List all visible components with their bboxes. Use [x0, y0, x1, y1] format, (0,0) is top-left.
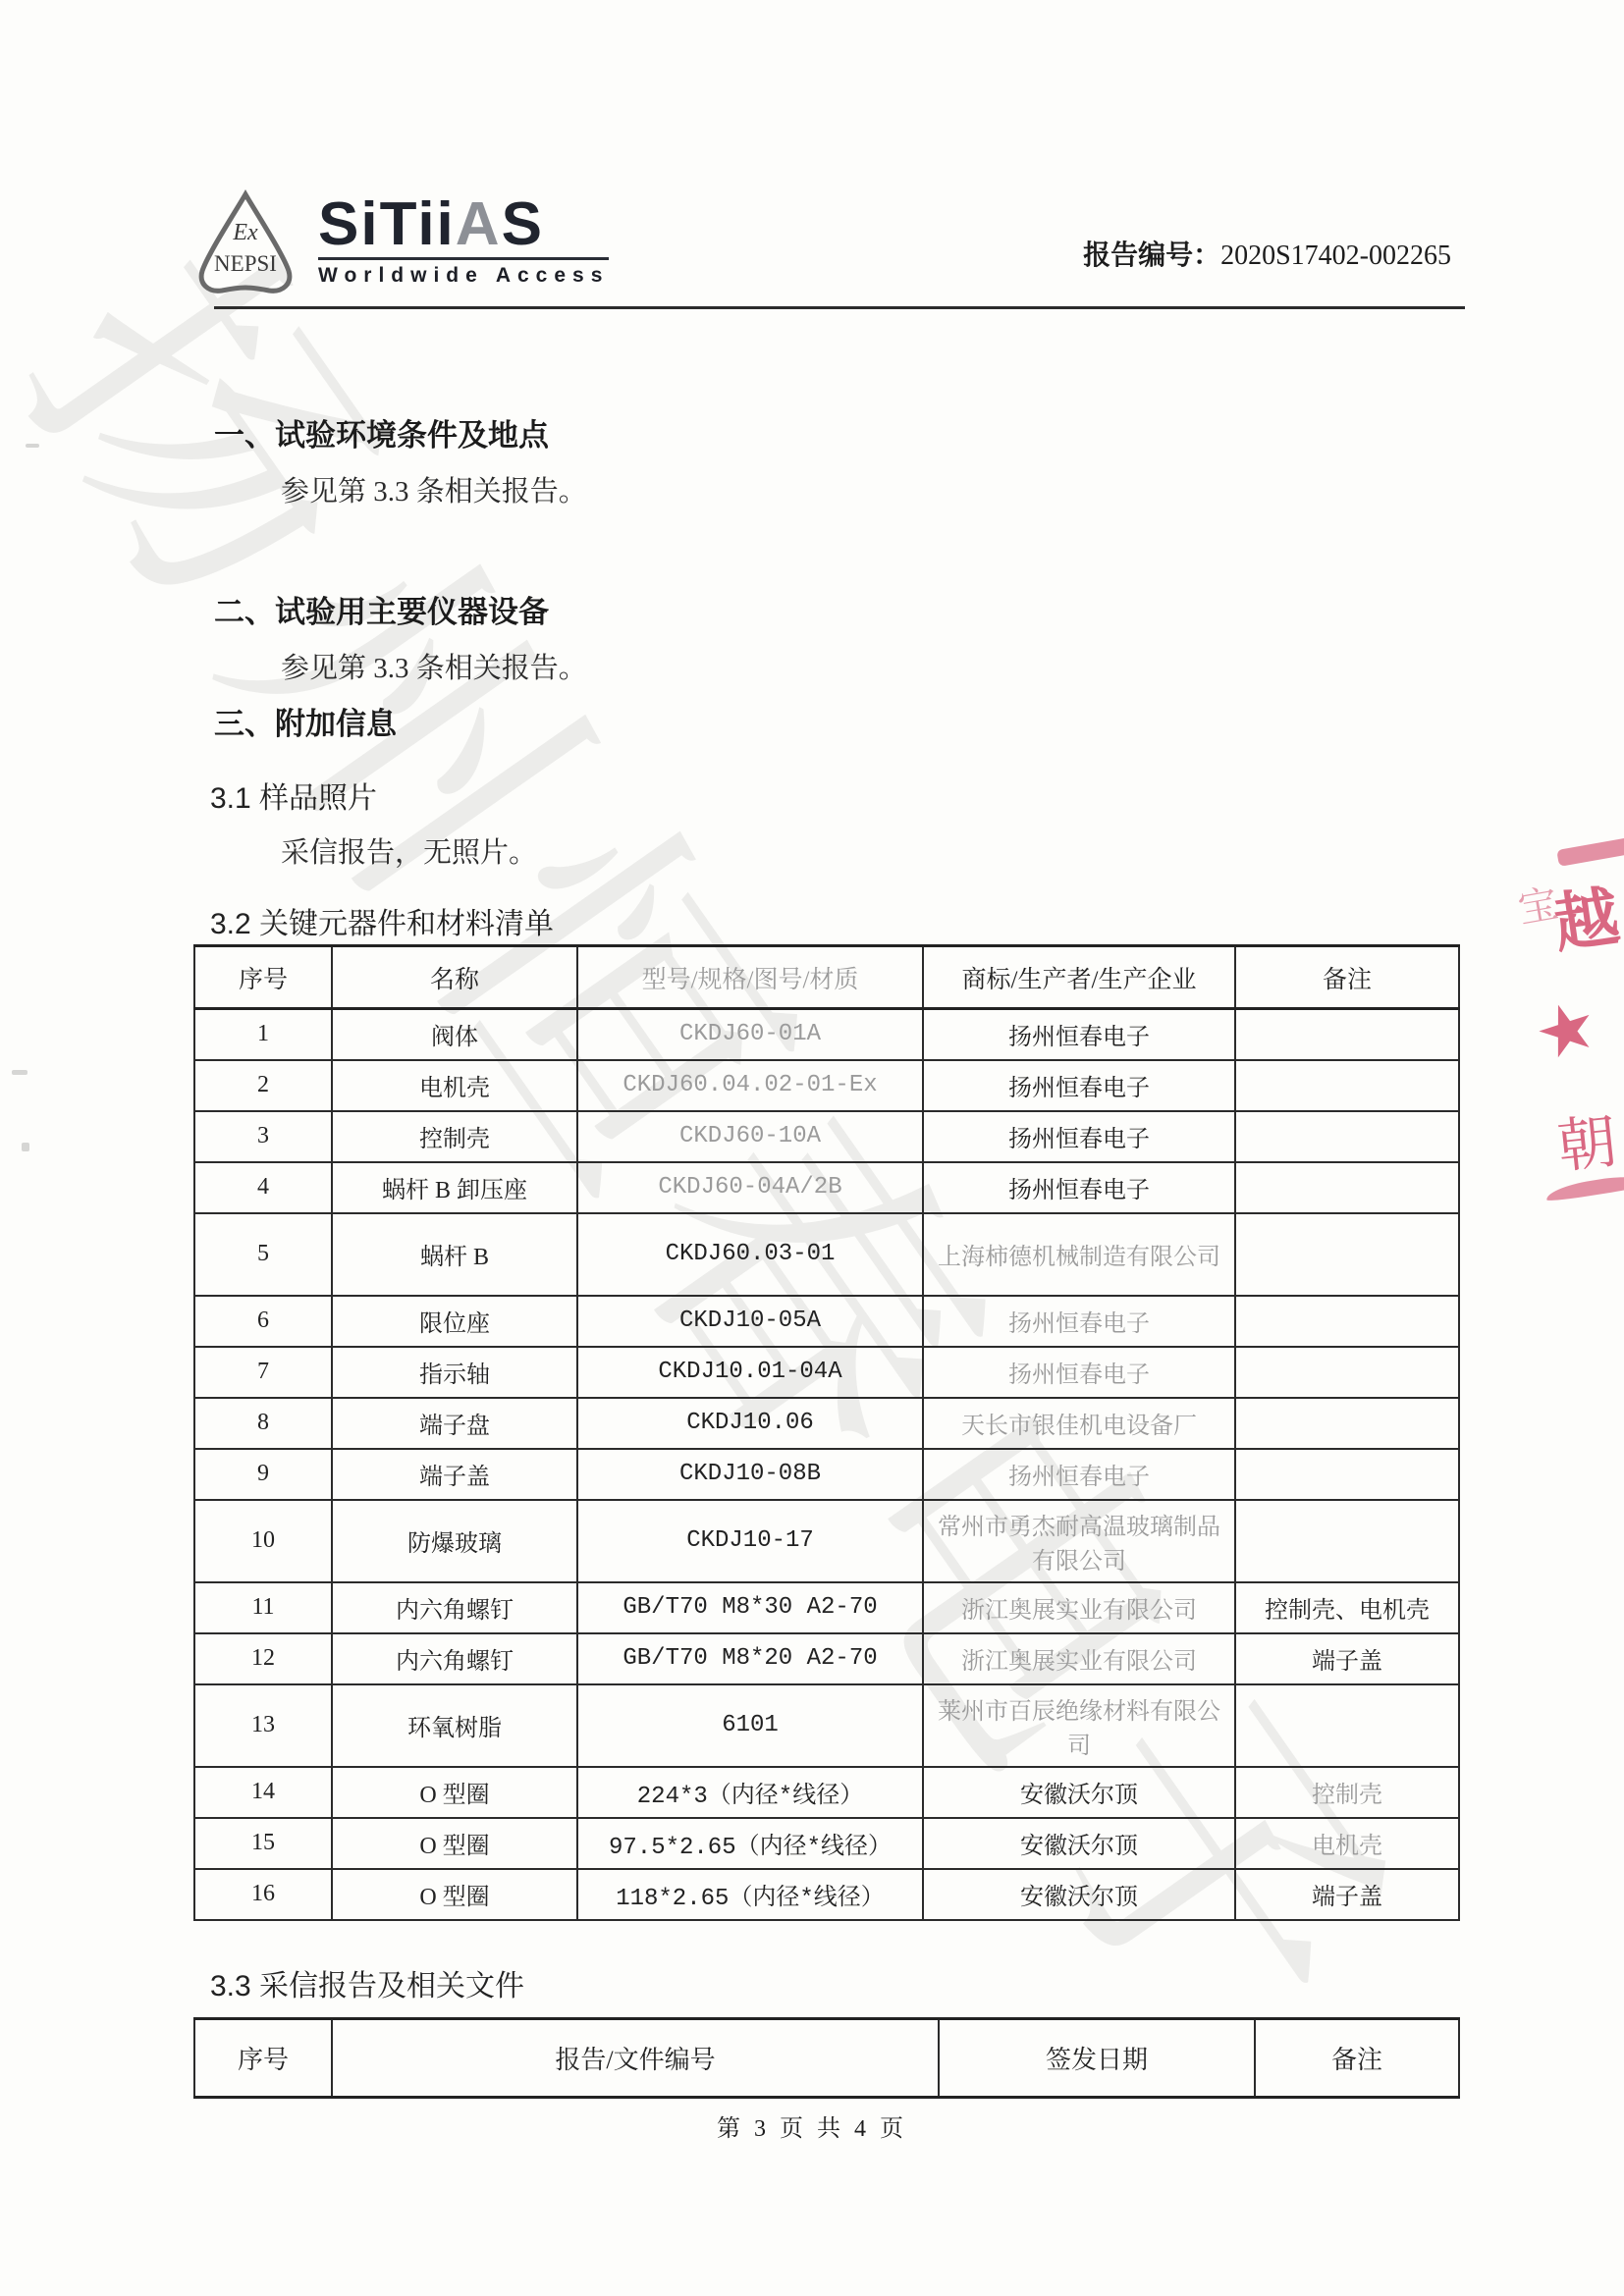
section-3-2-title: 3.2 关键元器件和材料清单 — [210, 899, 554, 942]
section-2-title: 二、试验用主要仪器设备 — [214, 587, 549, 631]
cell-note — [1235, 1111, 1459, 1162]
cell-maker: 安徽沃尔顶 — [923, 1767, 1235, 1818]
scan-mark — [26, 444, 39, 448]
cell-note — [1235, 1009, 1459, 1060]
section-3-1-title: 3.1 样品照片 — [210, 774, 377, 817]
cell-model: CKDJ10.01-04A — [577, 1347, 923, 1398]
reports-header-row: 序号报告/文件编号签发日期备注 — [194, 2019, 1459, 2098]
components-table-header: 序号名称型号/规格/图号/材质商标/生产者/生产企业备注 — [194, 946, 1459, 1009]
reports-col-header: 报告/文件编号 — [332, 2019, 939, 2098]
cell-model: CKDJ60-10A — [577, 1111, 923, 1162]
header-divider — [214, 306, 1465, 309]
brand-logotype: SiTiiAS — [318, 194, 609, 255]
header-logo: Ex NEPSI SiTiiAS Worldwide Access — [192, 187, 801, 294]
cell-note — [1235, 1398, 1459, 1449]
cell-maker: 莱州市百辰绝缘材料有限公司 — [923, 1684, 1235, 1767]
section-3-title: 三、附加信息 — [214, 699, 397, 743]
cell-name: 阀体 — [332, 1009, 577, 1060]
section-3-3-title: 3.3 采信报告及相关文件 — [210, 1961, 524, 2004]
brand-tagline: Worldwide Access — [318, 257, 609, 288]
cell-note — [1235, 1500, 1459, 1582]
cell-maker: 安徽沃尔顶 — [923, 1818, 1235, 1869]
cell-name: 蜗杆 B 卸压座 — [332, 1162, 577, 1213]
cell-model: 224*3（内径*线径） — [577, 1767, 923, 1818]
cell-model: CKDJ10-08B — [577, 1449, 923, 1500]
components-table-row: 10防爆玻璃CKDJ10-17常州市勇杰耐高温玻璃制品有限公司 — [194, 1500, 1459, 1582]
cell-name: 指示轴 — [332, 1347, 577, 1398]
components-header-row: 序号名称型号/规格/图号/材质商标/生产者/生产企业备注 — [194, 946, 1459, 1009]
components-table-row: 12内六角螺钉GB/T70 M8*20 A2-70浙江奥展实业有限公司端子盖 — [194, 1633, 1459, 1684]
cell-maker: 扬州恒春电子 — [923, 1111, 1235, 1162]
cell-model: 6101 — [577, 1684, 923, 1767]
cell-name: 环氧树脂 — [332, 1684, 577, 1767]
components-table-row: 13环氧树脂6101莱州市百辰绝缘材料有限公司 — [194, 1684, 1459, 1767]
cell-model: CKDJ10-17 — [577, 1500, 923, 1582]
cell-maker: 扬州恒春电子 — [923, 1449, 1235, 1500]
components-col-header: 备注 — [1235, 946, 1459, 1009]
cell-no: 1 — [194, 1009, 332, 1060]
cell-model: CKDJ60.03-01 — [577, 1213, 923, 1296]
components-table-row: 1阀体CKDJ60-01A扬州恒春电子 — [194, 1009, 1459, 1060]
components-table-row: 6限位座CKDJ10-05A扬州恒春电子 — [194, 1296, 1459, 1347]
cell-name: 蜗杆 B — [332, 1213, 577, 1296]
cell-name: 电机壳 — [332, 1060, 577, 1111]
nepsi-ex-triangle-icon: Ex NEPSI — [192, 188, 298, 298]
scan-mark — [12, 1070, 27, 1075]
cell-name: O 型圈 — [332, 1767, 577, 1818]
cell-no: 10 — [194, 1500, 332, 1582]
components-table-body: 1阀体CKDJ60-01A扬州恒春电子2电机壳CKDJ60.04.02-01-E… — [194, 1009, 1459, 1920]
components-col-header: 商标/生产者/生产企业 — [923, 946, 1235, 1009]
cell-model: CKDJ10-05A — [577, 1296, 923, 1347]
cell-no: 12 — [194, 1633, 332, 1684]
cell-maker: 浙江奥展实业有限公司 — [923, 1633, 1235, 1684]
cell-name: 内六角螺钉 — [332, 1582, 577, 1633]
cell-name: O 型圈 — [332, 1818, 577, 1869]
stamp-glyph-top: 越 — [1547, 864, 1624, 965]
section-3-1-body: 采信报告，无照片。 — [281, 830, 537, 871]
components-table-row: 3控制壳CKDJ60-10A扬州恒春电子 — [194, 1111, 1459, 1162]
components-col-header: 序号 — [194, 946, 332, 1009]
cell-note: 端子盖 — [1235, 1633, 1459, 1684]
cell-note: 电机壳 — [1235, 1818, 1459, 1869]
cell-no: 2 — [194, 1060, 332, 1111]
cell-maker: 天长市银佳机电设备厂 — [923, 1398, 1235, 1449]
components-table-row: 11内六角螺钉GB/T70 M8*30 A2-70浙江奥展实业有限公司控制壳、电… — [194, 1582, 1459, 1633]
cell-maker: 浙江奥展实业有限公司 — [923, 1582, 1235, 1633]
components-col-header: 名称 — [332, 946, 577, 1009]
cell-note: 端子盖 — [1235, 1869, 1459, 1920]
cell-no: 15 — [194, 1818, 332, 1869]
cell-note — [1235, 1296, 1459, 1347]
cell-no: 11 — [194, 1582, 332, 1633]
cell-no: 9 — [194, 1449, 332, 1500]
scan-mark — [22, 1143, 29, 1151]
section-1-body: 参见第 3.3 条相关报告。 — [281, 469, 587, 509]
cell-no: 5 — [194, 1213, 332, 1296]
reports-col-header: 序号 — [194, 2019, 332, 2098]
cell-no: 7 — [194, 1347, 332, 1398]
cell-model: GB/T70 M8*30 A2-70 — [577, 1582, 923, 1633]
reports-col-header: 备注 — [1255, 2019, 1459, 2098]
components-table-row: 16O 型圈118*2.65（内径*线径）安徽沃尔顶端子盖 — [194, 1869, 1459, 1920]
reports-table-header: 序号报告/文件编号签发日期备注 — [194, 2019, 1459, 2098]
cell-name: 限位座 — [332, 1296, 577, 1347]
cell-name: 端子盖 — [332, 1449, 577, 1500]
cell-model: GB/T70 M8*20 A2-70 — [577, 1633, 923, 1684]
components-table-row: 4蜗杆 B 卸压座CKDJ60-04A/2B扬州恒春电子 — [194, 1162, 1459, 1213]
cell-name: 控制壳 — [332, 1111, 577, 1162]
cell-model: 118*2.65（内径*线径） — [577, 1869, 923, 1920]
cell-no: 14 — [194, 1767, 332, 1818]
stamp-star-icon: ★ — [1525, 982, 1608, 1078]
report-number-value: 2020S17402-002265 — [1220, 240, 1451, 271]
cell-note — [1235, 1213, 1459, 1296]
section-1-title: 一、试验环境条件及地点 — [214, 410, 549, 454]
cell-maker: 安徽沃尔顶 — [923, 1869, 1235, 1920]
cell-maker: 扬州恒春电子 — [923, 1060, 1235, 1111]
cell-name: 端子盘 — [332, 1398, 577, 1449]
stamp-top-band — [1556, 834, 1624, 867]
reports-table: 序号报告/文件编号签发日期备注 — [193, 2017, 1460, 2099]
red-stamp: 宝 越 ★ 朝 — [1510, 834, 1624, 1207]
cell-note: 控制壳 — [1235, 1767, 1459, 1818]
components-table-row: 14O 型圈224*3（内径*线径）安徽沃尔顶控制壳 — [194, 1767, 1459, 1818]
logo-nepsi-text: NEPSI — [214, 251, 277, 276]
cell-model: CKDJ60-01A — [577, 1009, 923, 1060]
cell-note — [1235, 1162, 1459, 1213]
cell-name: 防爆玻璃 — [332, 1500, 577, 1582]
cell-no: 16 — [194, 1869, 332, 1920]
cell-no: 8 — [194, 1398, 332, 1449]
cell-no: 3 — [194, 1111, 332, 1162]
cell-maker: 上海柿德机械制造有限公司 — [923, 1213, 1235, 1296]
components-table: 序号名称型号/规格/图号/材质商标/生产者/生产企业备注 1阀体CKDJ60-0… — [193, 944, 1460, 1921]
report-number-label: 报告编号： — [1083, 240, 1220, 271]
report-number: 报告编号：2020S17402-002265 — [1083, 234, 1451, 273]
components-table-row: 8端子盘CKDJ10.06天长市银佳机电设备厂 — [194, 1398, 1459, 1449]
cell-maker: 扬州恒春电子 — [923, 1162, 1235, 1213]
components-table-row: 15O 型圈97.5*2.65（内径*线径）安徽沃尔顶电机壳 — [194, 1818, 1459, 1869]
components-table-row: 9端子盖CKDJ10-08B扬州恒春电子 — [194, 1449, 1459, 1500]
cell-no: 4 — [194, 1162, 332, 1213]
cell-maker: 扬州恒春电子 — [923, 1296, 1235, 1347]
section-2-body: 参见第 3.3 条相关报告。 — [281, 646, 587, 686]
cell-maker: 常州市勇杰耐高温玻璃制品有限公司 — [923, 1500, 1235, 1582]
components-col-header: 型号/规格/图号/材质 — [577, 946, 923, 1009]
stamp-glyph-bottom: 朝 — [1553, 1095, 1621, 1185]
cell-model: CKDJ60.04.02-01-Ex — [577, 1060, 923, 1111]
cell-maker: 扬州恒春电子 — [923, 1347, 1235, 1398]
cell-model: CKDJ60-04A/2B — [577, 1162, 923, 1213]
page-footer: 第 3 页 共 4 页 — [0, 2109, 1624, 2143]
components-table-row: 5蜗杆 BCKDJ60.03-01上海柿德机械制造有限公司 — [194, 1213, 1459, 1296]
reports-col-header: 签发日期 — [939, 2019, 1255, 2098]
components-table-row: 7指示轴CKDJ10.01-04A扬州恒春电子 — [194, 1347, 1459, 1398]
components-table-row: 2电机壳CKDJ60.04.02-01-Ex扬州恒春电子 — [194, 1060, 1459, 1111]
cell-no: 6 — [194, 1296, 332, 1347]
cell-no: 13 — [194, 1684, 332, 1767]
cell-name: O 型圈 — [332, 1869, 577, 1920]
cell-model: 97.5*2.65（内径*线径） — [577, 1818, 923, 1869]
cell-note — [1235, 1347, 1459, 1398]
cell-note — [1235, 1684, 1459, 1767]
cell-model: CKDJ10.06 — [577, 1398, 923, 1449]
cell-note — [1235, 1449, 1459, 1500]
cell-maker: 扬州恒春电子 — [923, 1009, 1235, 1060]
cell-note: 控制壳、电机壳 — [1235, 1582, 1459, 1633]
cell-note — [1235, 1060, 1459, 1111]
logo-ex-text: Ex — [232, 220, 258, 245]
cell-name: 内六角螺钉 — [332, 1633, 577, 1684]
